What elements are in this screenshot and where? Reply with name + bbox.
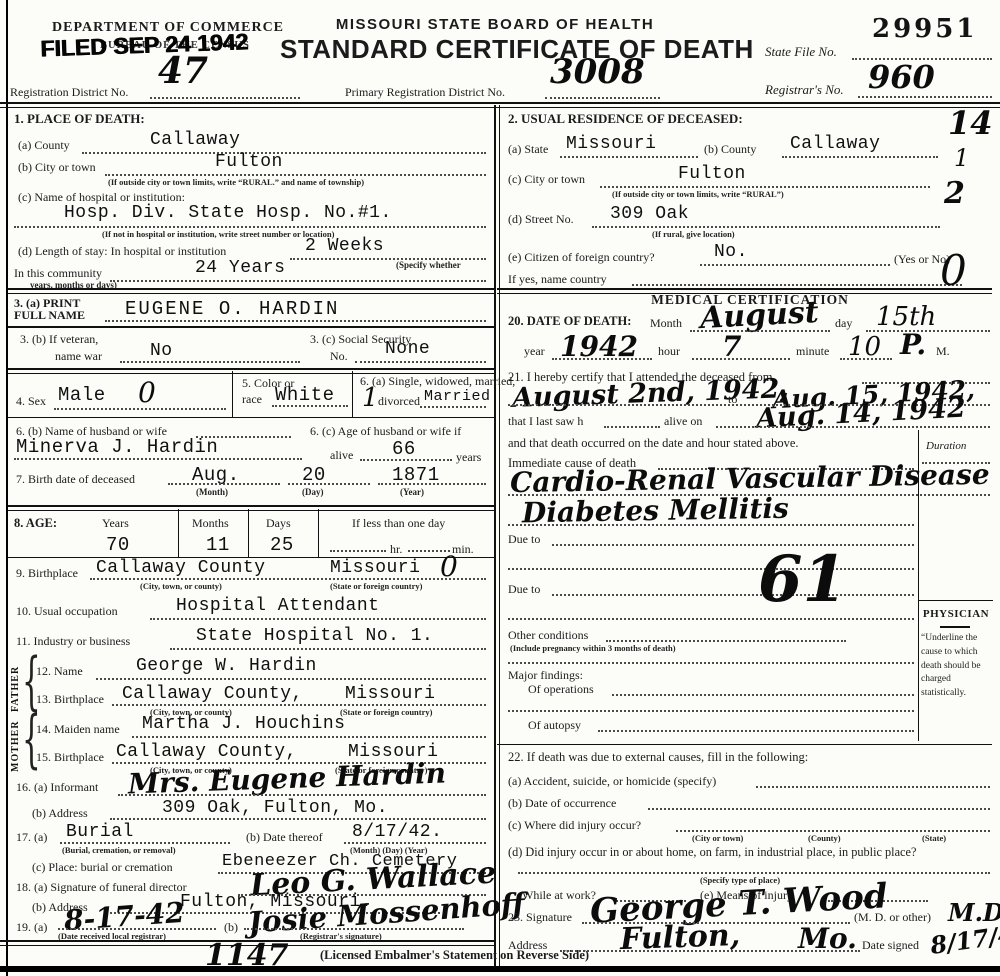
father-birthplace-value: Callaway County, [122, 684, 303, 704]
pod-stay-note: (Specify whether [396, 260, 461, 270]
operations-label: Of operations [528, 682, 594, 697]
registrar-signature-line [244, 928, 464, 930]
country-label: If yes, name country [508, 272, 607, 287]
autopsy-line [598, 730, 914, 732]
residence-street-line [592, 226, 940, 228]
registration-district-label: Registration District No. [10, 85, 128, 100]
father-birth-state: Missouri [345, 684, 435, 704]
color-marital-divider [352, 371, 353, 417]
citizen-label: (e) Citizen of foreign country? [508, 250, 655, 265]
residence-mark-1: 1 [954, 144, 969, 172]
dod-hour-line [692, 358, 790, 360]
external-a-label: (a) Accident, suicide, or homicide (spec… [508, 774, 716, 789]
external-a-line [756, 786, 990, 788]
birthplace-state: Missouri [330, 558, 420, 578]
residence-state-line [560, 156, 698, 158]
section1-divider [8, 288, 494, 294]
birthplace-note-2: (State or foreign country) [330, 581, 422, 591]
informant-address-label: (b) Address [32, 806, 88, 821]
occupation-label: 10. Usual occupation [16, 604, 118, 619]
dod-month-line [690, 330, 830, 332]
received-label: 19. (a) [16, 920, 47, 935]
dod-hour-label: hour [658, 344, 680, 359]
physician-note: “Underline the cause to which death shou… [921, 632, 991, 701]
physician-underline [940, 626, 970, 628]
dod-m-label: M. [936, 344, 950, 359]
physician-address-line [560, 950, 860, 952]
date-of-death-label: 20. DATE OF DEATH: [508, 314, 631, 329]
birth-year-line [378, 483, 486, 485]
dod-day-label: day [835, 316, 852, 331]
death-certificate-document: DEPARTMENT OF COMMERCE BUREAU OF THE CEN… [0, 0, 1000, 976]
father-side-label: FATHER [10, 666, 21, 712]
pod-hospital-value: Hosp. Div. State Hosp. No.#1. [64, 203, 392, 223]
operations-rule [508, 710, 914, 712]
registrar-no-line [858, 96, 992, 98]
occupation-value: Hospital Attendant [176, 596, 379, 616]
father-birthplace-label: 13. Birthplace [36, 692, 104, 707]
residence-state-label: (a) State [508, 142, 548, 157]
age-col-divider-3 [318, 509, 319, 557]
sex-value: Male [58, 384, 106, 406]
md-or-other-label: (M. D. or other) [854, 910, 931, 925]
spouse-line [14, 458, 302, 460]
color-line [272, 405, 348, 407]
residence-street-note: (If rural, give location) [652, 229, 735, 239]
spouse-age-line [360, 459, 452, 461]
age-heading: 8. AGE: [14, 516, 57, 531]
registration-district-value: 47 [158, 50, 208, 92]
pod-county-value: Callaway [150, 130, 240, 150]
mother-side-label: MOTHER [10, 720, 21, 772]
marital-value: Married [424, 388, 491, 405]
pod-hospital-line [14, 226, 486, 228]
age-hr-line [330, 550, 386, 552]
last-saw-gap-line [604, 426, 660, 428]
industry-line [170, 648, 486, 650]
father-note-2: (State or foreign country) [340, 707, 432, 717]
birthplace-place: Callaway County [96, 558, 266, 578]
certificate-title: STANDARD CERTIFICATE OF DEATH [280, 34, 710, 65]
major-findings-label: Major findings: [508, 668, 583, 683]
age-days-label: Days [266, 516, 291, 531]
occupation-line [150, 618, 486, 620]
registration-district-line [150, 97, 300, 99]
father-name-line [96, 678, 486, 680]
due-to-2-rule [508, 618, 914, 620]
age-months-value: 11 [206, 534, 230, 556]
age-days-value: 25 [270, 534, 294, 556]
color-label-2: race [242, 392, 262, 407]
statistical-code-mark: 61 [758, 542, 847, 617]
residence-mark-2: 2 [944, 176, 965, 211]
pod-community-value: 24 Years [195, 258, 285, 278]
burial-place-label: (c) Place: burial or cremation [32, 860, 173, 875]
dod-month-label: Month [650, 316, 682, 331]
due-to-label-1: Due to [508, 532, 540, 547]
medical-divider [497, 744, 992, 745]
registrar-b-label: (b) [224, 920, 238, 935]
sex-label: 4. Sex [16, 394, 46, 409]
informant-address-value: 309 Oak, Fulton, Mo. [162, 798, 388, 818]
due-to-1-rule [508, 568, 914, 570]
external-c-note-2: (County) [808, 833, 841, 843]
dod-day-line [866, 330, 990, 332]
state-file-value: 29951 [872, 14, 977, 44]
external-b-line [648, 808, 990, 810]
residence-street-label: (d) Street No. [508, 212, 574, 227]
physician-label: PHYSICIAN [922, 608, 990, 620]
name-divider [8, 326, 494, 328]
external-c-note-3: (State) [922, 833, 946, 843]
age-less-label: If less than one day [352, 516, 445, 531]
birthplace-line [90, 578, 486, 580]
birthplace-label: 9. Birthplace [16, 566, 78, 581]
footer-number: 1147 [205, 938, 289, 973]
operations-line [612, 694, 914, 696]
while-at-work-label: While at work? [522, 888, 596, 903]
burial-method-note: (Burial, cremation, or removal) [62, 845, 176, 855]
sex-line [54, 408, 226, 410]
age-years-label: Years [102, 516, 129, 531]
marital-line [420, 406, 486, 408]
birthplace-note-1: (City, town, or county) [140, 581, 222, 591]
pod-city-label: (b) City or town [18, 160, 96, 175]
sex-mark: 0 [138, 376, 156, 409]
external-d-line [518, 872, 990, 874]
last-seen-line [716, 426, 990, 428]
residence-mark-14: 14 [948, 104, 993, 142]
birth-day-note: (Day) [302, 487, 324, 497]
ssn-value: None [385, 339, 430, 359]
marital-mark: 1 [362, 383, 379, 413]
due-to-label-2: Due to [508, 582, 540, 597]
registrar-no-value: 960 [868, 58, 935, 96]
physician-address-label: Address [508, 938, 547, 953]
marital-label-2: divorced [378, 394, 420, 409]
residence-city-line [600, 186, 930, 188]
age-months-label: Months [192, 516, 229, 531]
duration-label: Duration [926, 440, 966, 452]
spouse-value: Minerva J. Hardin [16, 436, 218, 458]
burial-method: Burial [66, 822, 134, 842]
veteran-line [120, 361, 300, 363]
birthdate-divider [8, 505, 494, 511]
left-edge-line [6, 0, 8, 976]
last-saw-label: that I last saw h [508, 414, 583, 429]
spouse-age-suffix: years [456, 450, 481, 465]
received-date-line [58, 928, 216, 930]
other-conditions-label: Other conditions [508, 628, 588, 643]
spouse-age-label-1: 6. (c) Age of husband or wife if [310, 424, 461, 439]
mother-maiden-line [132, 736, 486, 738]
pod-county-label: (a) County [18, 138, 70, 153]
citizen-line [700, 264, 890, 266]
residence-city-label: (c) City or town [508, 172, 585, 187]
pod-city-note: (If outside city or town limits, write “… [108, 177, 364, 187]
other-conditions-rule [508, 662, 914, 664]
industry-value: State Hospital No. 1. [196, 626, 433, 646]
birth-year-note: (Year) [400, 487, 424, 497]
due-to-2-line [552, 594, 914, 596]
demo-divider [8, 417, 494, 418]
other-conditions-note: (Include pregnancy within 3 months of de… [510, 643, 676, 653]
mother-birthplace-label: 15. Birthplace [36, 750, 104, 765]
residence-county-line [782, 156, 938, 158]
ssn-label-2: No. [330, 349, 348, 364]
cause-line-2-rule [508, 524, 914, 526]
autopsy-label: Of autopsy [528, 718, 581, 733]
color-value: White [275, 384, 335, 406]
place-of-death-heading: 1. PLACE OF DEATH: [14, 111, 145, 127]
country-line [632, 284, 962, 286]
residence-heading: 2. USUAL RESIDENCE OF DECEASED: [508, 111, 743, 127]
age-years-value: 70 [106, 534, 130, 556]
external-c-line [676, 830, 990, 832]
sex-color-divider [232, 371, 233, 417]
duration-column-line [918, 430, 919, 600]
pod-city-line [105, 174, 486, 176]
header-divider [0, 102, 1000, 108]
bottom-edge-bar [0, 966, 1000, 972]
residence-county-value: Callaway [790, 134, 880, 154]
residence-county-label: (b) County [704, 142, 756, 157]
external-d-label: (d) Did injury occur in or about home, o… [508, 845, 916, 860]
full-name-line [105, 320, 486, 322]
occurred-statement: and that death occurred on the date and … [508, 436, 799, 451]
external-b-label: (b) Date of occurrence [508, 796, 616, 811]
dod-year-line [552, 358, 652, 360]
primary-district-label: Primary Registration District No. [345, 85, 505, 100]
informant-label: 16. (a) Informant [16, 780, 98, 795]
father-name-label: 12. Name [36, 664, 83, 679]
residence-city-note: (If outside city or town limits, write “… [612, 189, 784, 199]
birthdate-label: 7. Birth date of deceased [16, 472, 135, 487]
residence-state-value: Missouri [566, 134, 656, 154]
external-c-note-1: (City or town) [692, 833, 743, 843]
other-conditions-line [606, 640, 846, 642]
father-name-value: George W. Hardin [136, 656, 317, 676]
veteran-label-2: name war [55, 349, 102, 364]
board-of-health-title: MISSOURI STATE BOARD OF HEALTH [300, 16, 690, 33]
citizen-value: No. [714, 242, 748, 262]
informant-line [118, 794, 486, 796]
marital-label-1: 6. (a) Single, widowed, married, [360, 374, 515, 389]
full-name-value: EUGENE O. HARDIN [125, 298, 339, 320]
state-file-label: State File No. [765, 44, 837, 60]
pod-stay-label: (d) Length of stay: In hospital or insti… [18, 244, 226, 259]
dod-minute-line [840, 358, 892, 360]
embalmer-note: (Licensed Embalmer's Statement on Revers… [320, 948, 589, 963]
dod-minute-label: minute [796, 344, 829, 359]
burial-method-line [60, 842, 230, 844]
pod-community-line [110, 280, 486, 282]
birth-month-line [168, 483, 280, 485]
print-label-2: FULL NAME [14, 308, 85, 323]
physician-signature-label: 23. Signature [508, 910, 572, 925]
burial-date-line [344, 842, 486, 844]
veteran-value: No [150, 341, 173, 361]
external-heading: 22. If death was due to external causes,… [508, 750, 808, 765]
dod-year-label: year [524, 344, 545, 359]
alive-on-label: alive on [664, 414, 702, 429]
burial-label: 17. (a) [16, 830, 47, 845]
birth-day-line [288, 483, 370, 485]
residence-street-value: 309 Oak [610, 204, 689, 224]
birth-month-note: (Month) [196, 487, 228, 497]
pod-county-line [82, 152, 486, 154]
external-c-label: (c) Where did injury occur? [508, 818, 641, 833]
age-col-divider-1 [178, 509, 179, 557]
due-to-1-line [552, 544, 914, 546]
age-hr-label: hr. [390, 542, 402, 557]
age-col-divider-2 [248, 509, 249, 557]
burial-date-label: (b) Date thereof [246, 830, 323, 845]
primary-district-value: 3008 [550, 52, 645, 92]
mother-birthplace-value: Callaway County, [116, 742, 297, 762]
column-divider [494, 105, 500, 966]
informant-address-line [110, 818, 486, 820]
pod-community-label: In this community [14, 266, 102, 281]
spouse-age-value: 66 [392, 438, 416, 460]
registrar-no-label: Registrar's No. [765, 82, 844, 98]
date-signed-label: Date signed [862, 938, 919, 953]
pod-city-value: Fulton [215, 152, 283, 172]
pod-hospital-note: (If not in hospital or institution, writ… [102, 229, 334, 239]
funeral-director-label: 18. (a) Signature of funeral director [16, 880, 187, 895]
residence-city-value: Fulton [678, 164, 746, 184]
ssn-line [355, 361, 486, 363]
mother-maiden-value: Martha J. Houchins [142, 714, 345, 734]
mother-maiden-label: 14. Maiden name [36, 722, 120, 737]
primary-district-line [545, 97, 660, 99]
veteran-label-1: 3. (b) If veteran, [20, 332, 98, 347]
pod-stay-value: 2 Weeks [305, 236, 384, 256]
dod-ampm-value: P. [900, 328, 926, 361]
father-birthplace-line [112, 704, 486, 706]
spouse-age-label-2: alive [330, 448, 353, 463]
burial-date-value: 8/17/42. [352, 822, 442, 842]
